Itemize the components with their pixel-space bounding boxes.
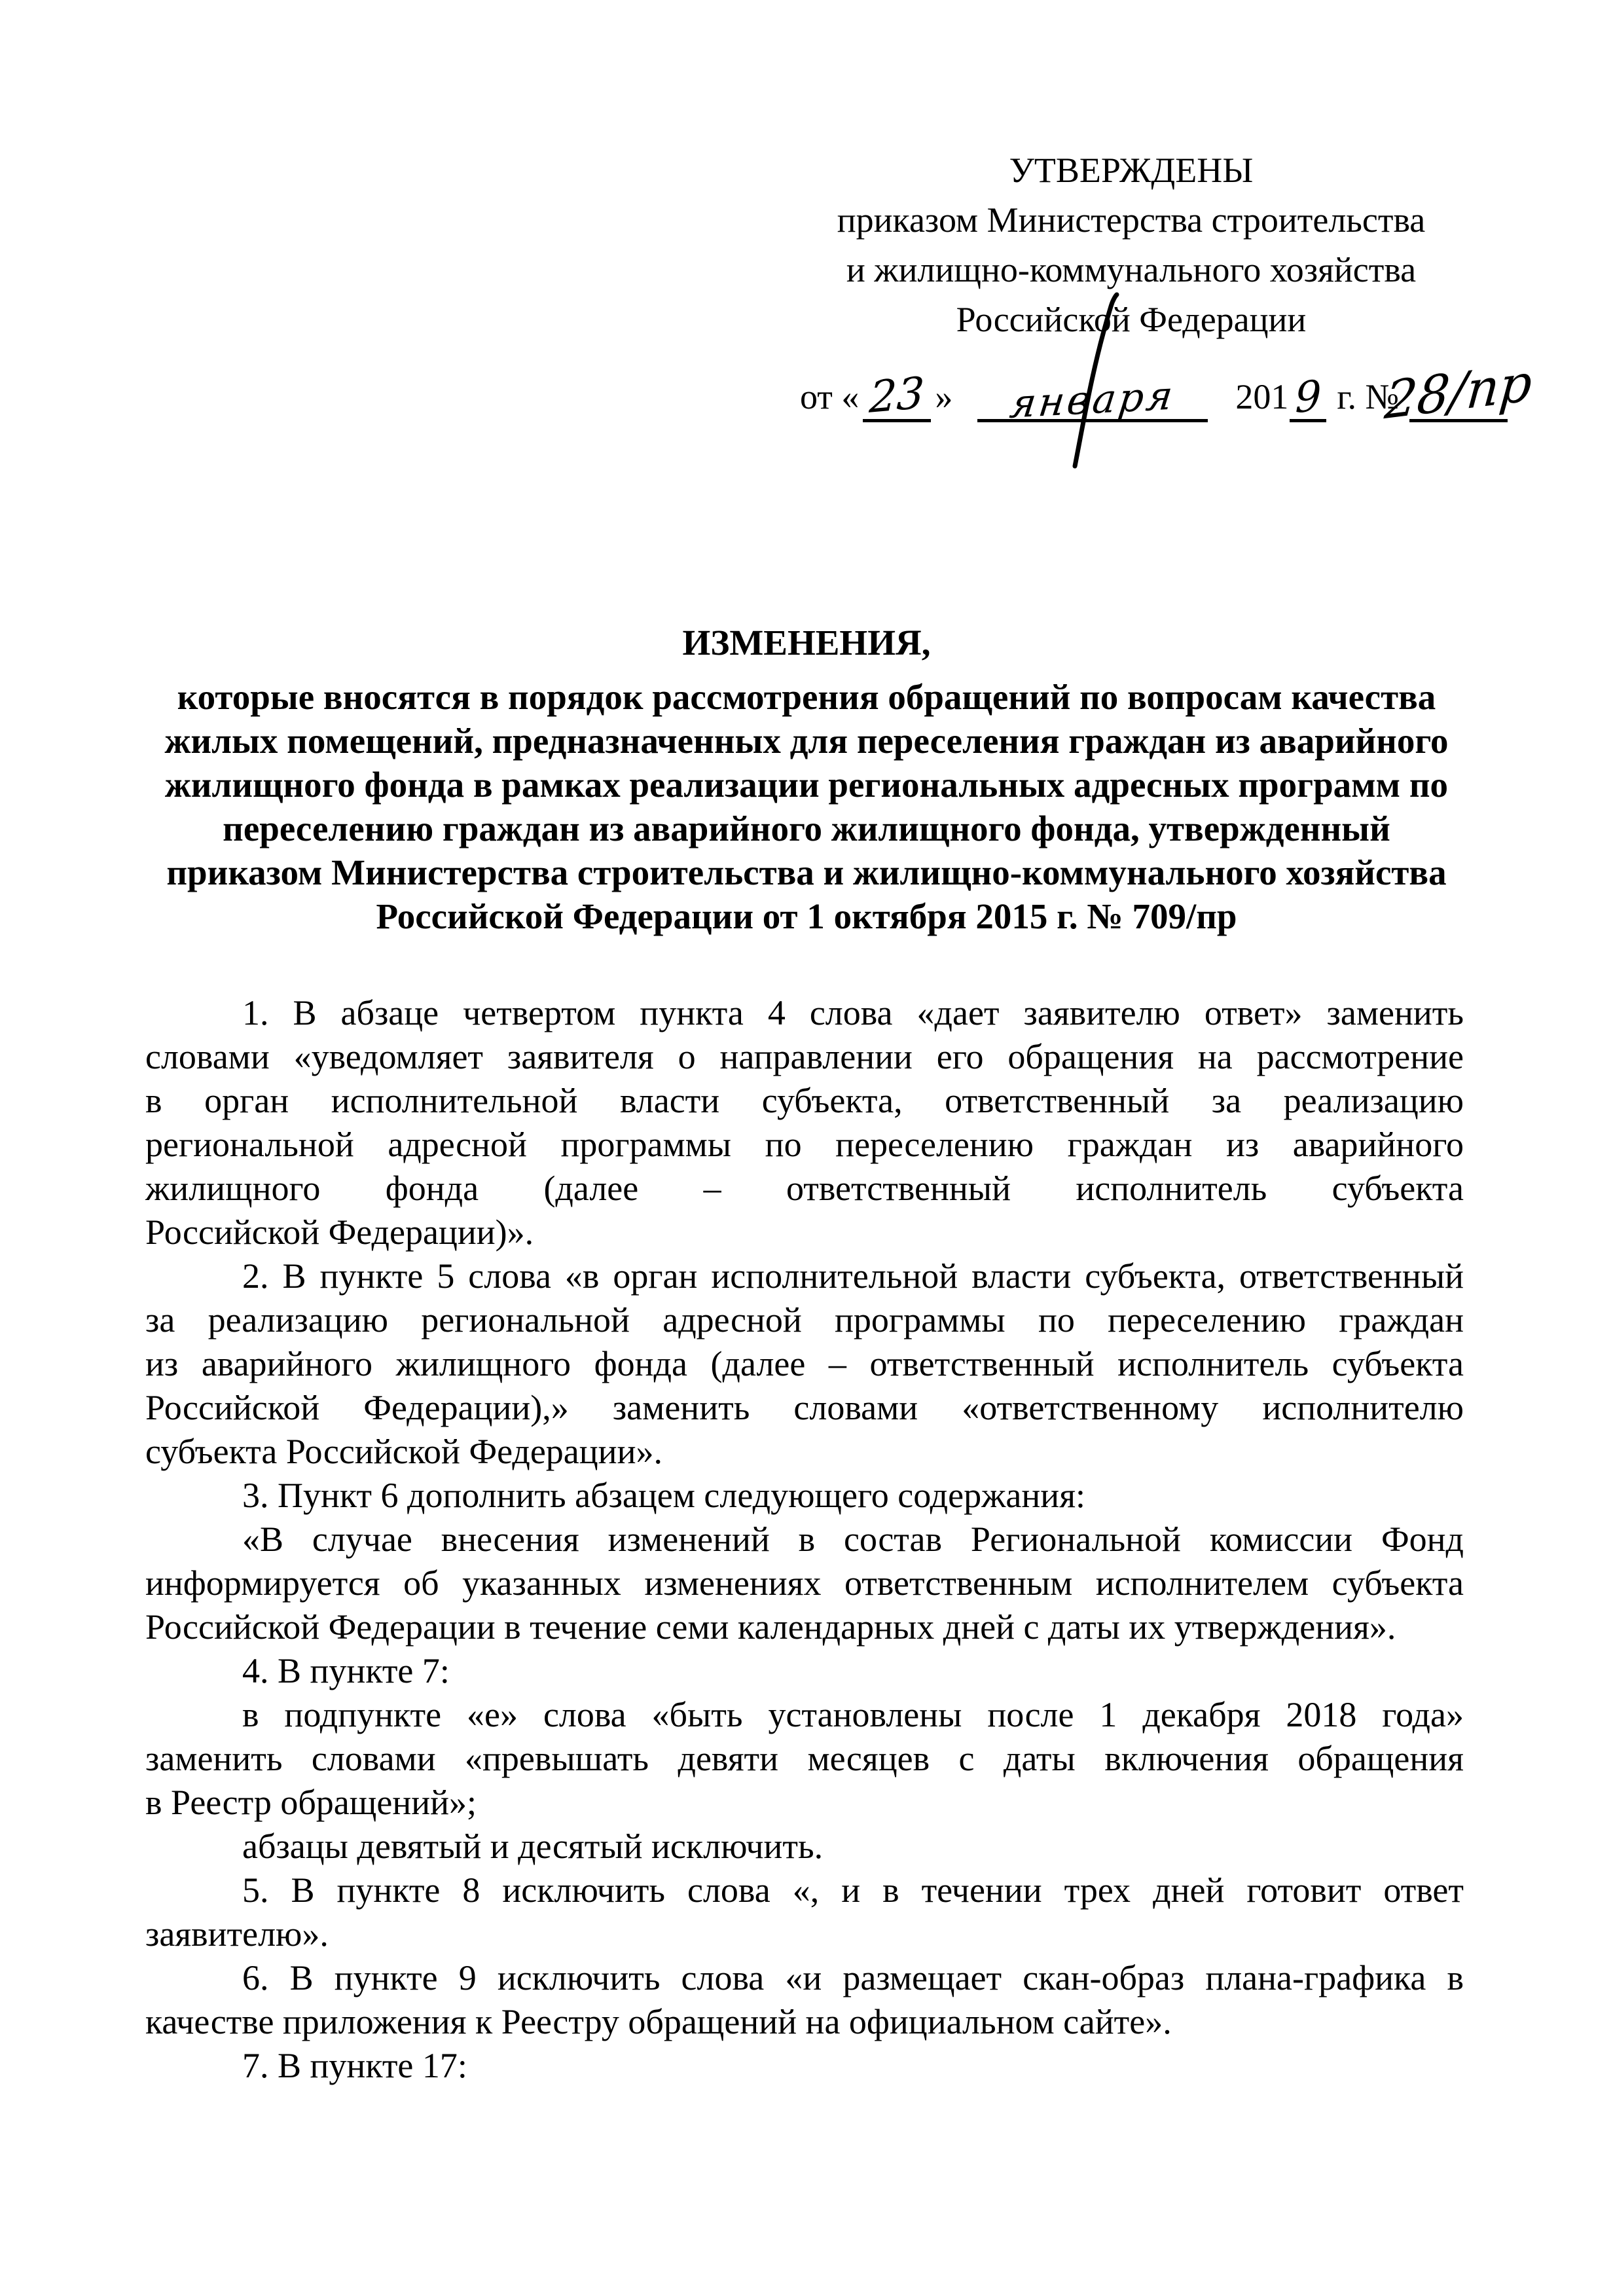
paragraph: 6. В пункте 9 исключить слова «и размеща… — [145, 1956, 1464, 2044]
approval-lines: УТВЕРЖДЕНЫприказом Министерства строител… — [738, 145, 1524, 344]
text-line: Российской Федерации),» заменить словами… — [145, 1386, 1464, 1430]
text-line: Российской Федерации)». — [145, 1211, 1464, 1254]
title-line: переселению граждан из аварийного жилищн… — [147, 807, 1466, 850]
date-year-printed: 201 — [1235, 376, 1288, 422]
text-line: региональной адресной программы по перес… — [145, 1123, 1464, 1167]
text-line: 4. В пункте 7: — [145, 1649, 1464, 1693]
text-line: абзацы девятый и десятый исключить. — [145, 1825, 1464, 1868]
text-line: из аварийного жилищного фонда (далее – о… — [145, 1342, 1464, 1386]
text-line: жилищного фонда (далее – ответственный и… — [145, 1167, 1464, 1211]
paragraph: 2. В пункте 5 слова «в орган исполнитель… — [145, 1254, 1464, 1474]
paragraph: 4. В пункте 7: — [145, 1649, 1464, 1693]
title-line: приказом Министерства строительства и жи… — [147, 850, 1466, 894]
text-line: в орган исполнительной власти субъекта, … — [145, 1079, 1464, 1123]
text-line: субъекта Российской Федерации». — [145, 1430, 1464, 1474]
title-line: жилых помещений, предназначенных для пер… — [147, 719, 1466, 763]
paragraph: 1. В абзаце четвертом пункта 4 слова «да… — [145, 991, 1464, 1254]
paragraph: абзацы девятый и десятый исключить. — [145, 1825, 1464, 1868]
text-line: 7. В пункте 17: — [145, 2044, 1464, 2088]
document-page: УТВЕРЖДЕНЫприказом Министерства строител… — [0, 0, 1613, 2296]
text-line: в подпункте «е» слова «быть установлены … — [145, 1693, 1464, 1737]
title-line: жилищного фонда в рамках реализации реги… — [147, 763, 1466, 807]
paragraph: в подпункте «е» слова «быть установлены … — [145, 1693, 1464, 1825]
paragraph: 3. Пункт 6 дополнить абзацем следующего … — [145, 1474, 1464, 1518]
approval-line: приказом Министерства строительства — [738, 195, 1524, 245]
date-day-blank: 23 — [863, 359, 931, 422]
text-line: заявителю». — [145, 1912, 1464, 1956]
paragraph: 5. В пункте 8 исключить слова «, и в теч… — [145, 1868, 1464, 1956]
handwritten-day: 23 — [869, 367, 926, 423]
title-block: ИЗМЕНЕНИЯ, которые вносятся в порядок ра… — [147, 621, 1466, 938]
title-line: которые вносятся в порядок рассмотрения … — [147, 675, 1466, 719]
date-month-blank: января — [977, 359, 1208, 422]
approval-line: Российской Федерации — [738, 295, 1524, 344]
text-line: в Реестр обращений»; — [145, 1781, 1464, 1825]
paragraph: 7. В пункте 17: — [145, 2044, 1464, 2088]
date-close-quote: » — [935, 376, 952, 422]
text-line: заменить словами «превышать девяти месяц… — [145, 1737, 1464, 1781]
handwritten-year-digit: 9 — [1295, 372, 1321, 424]
approval-block: УТВЕРЖДЕНЫприказом Министерства строител… — [738, 145, 1524, 344]
text-line: качестве приложения к Реестру обращений … — [145, 2000, 1464, 2044]
text-line: 2. В пункте 5 слова «в орган исполнитель… — [145, 1254, 1464, 1298]
date-year-digit-blank: 9 — [1290, 359, 1326, 422]
text-line: 1. В абзаце четвертом пункта 4 слова «да… — [145, 991, 1464, 1035]
text-line: 3. Пункт 6 дополнить абзацем следующего … — [145, 1474, 1464, 1518]
text-line: 5. В пункте 8 исключить слова «, и в теч… — [145, 1868, 1464, 1912]
text-line: за реализацию региональной адресной прог… — [145, 1298, 1464, 1342]
paragraph: «В случае внесения изменений в состав Ре… — [145, 1518, 1464, 1649]
document-title: ИЗМЕНЕНИЯ, — [147, 621, 1466, 665]
date-prefix: от « — [800, 376, 859, 422]
title-line: Российской Федерации от 1 октября 2015 г… — [147, 894, 1466, 938]
order-number-blank: 28/пр — [1409, 359, 1508, 422]
approval-line: УТВЕРЖДЕНЫ — [738, 145, 1524, 195]
text-line: словами «уведомляет заявителя о направле… — [145, 1035, 1464, 1079]
text-line: Российской Федерации в течение семи кале… — [145, 1605, 1464, 1649]
handwritten-month: января — [1007, 373, 1178, 428]
text-line: «В случае внесения изменений в состав Ре… — [145, 1518, 1464, 1561]
document-body: 1. В абзаце четвертом пункта 4 слова «да… — [145, 991, 1464, 2088]
text-line: 6. В пункте 9 исключить слова «и размеща… — [145, 1956, 1464, 2000]
handwritten-order-number: 28/пр — [1383, 353, 1534, 431]
title-lines: которые вносятся в порядок рассмотрения … — [147, 675, 1466, 938]
order-date-line: от « 23 » января 201 9 г. № 28/пр — [800, 359, 1508, 422]
approval-line: и жилищно-коммунального хозяйства — [738, 245, 1524, 295]
text-line: информируется об указанных изменениях от… — [145, 1561, 1464, 1605]
